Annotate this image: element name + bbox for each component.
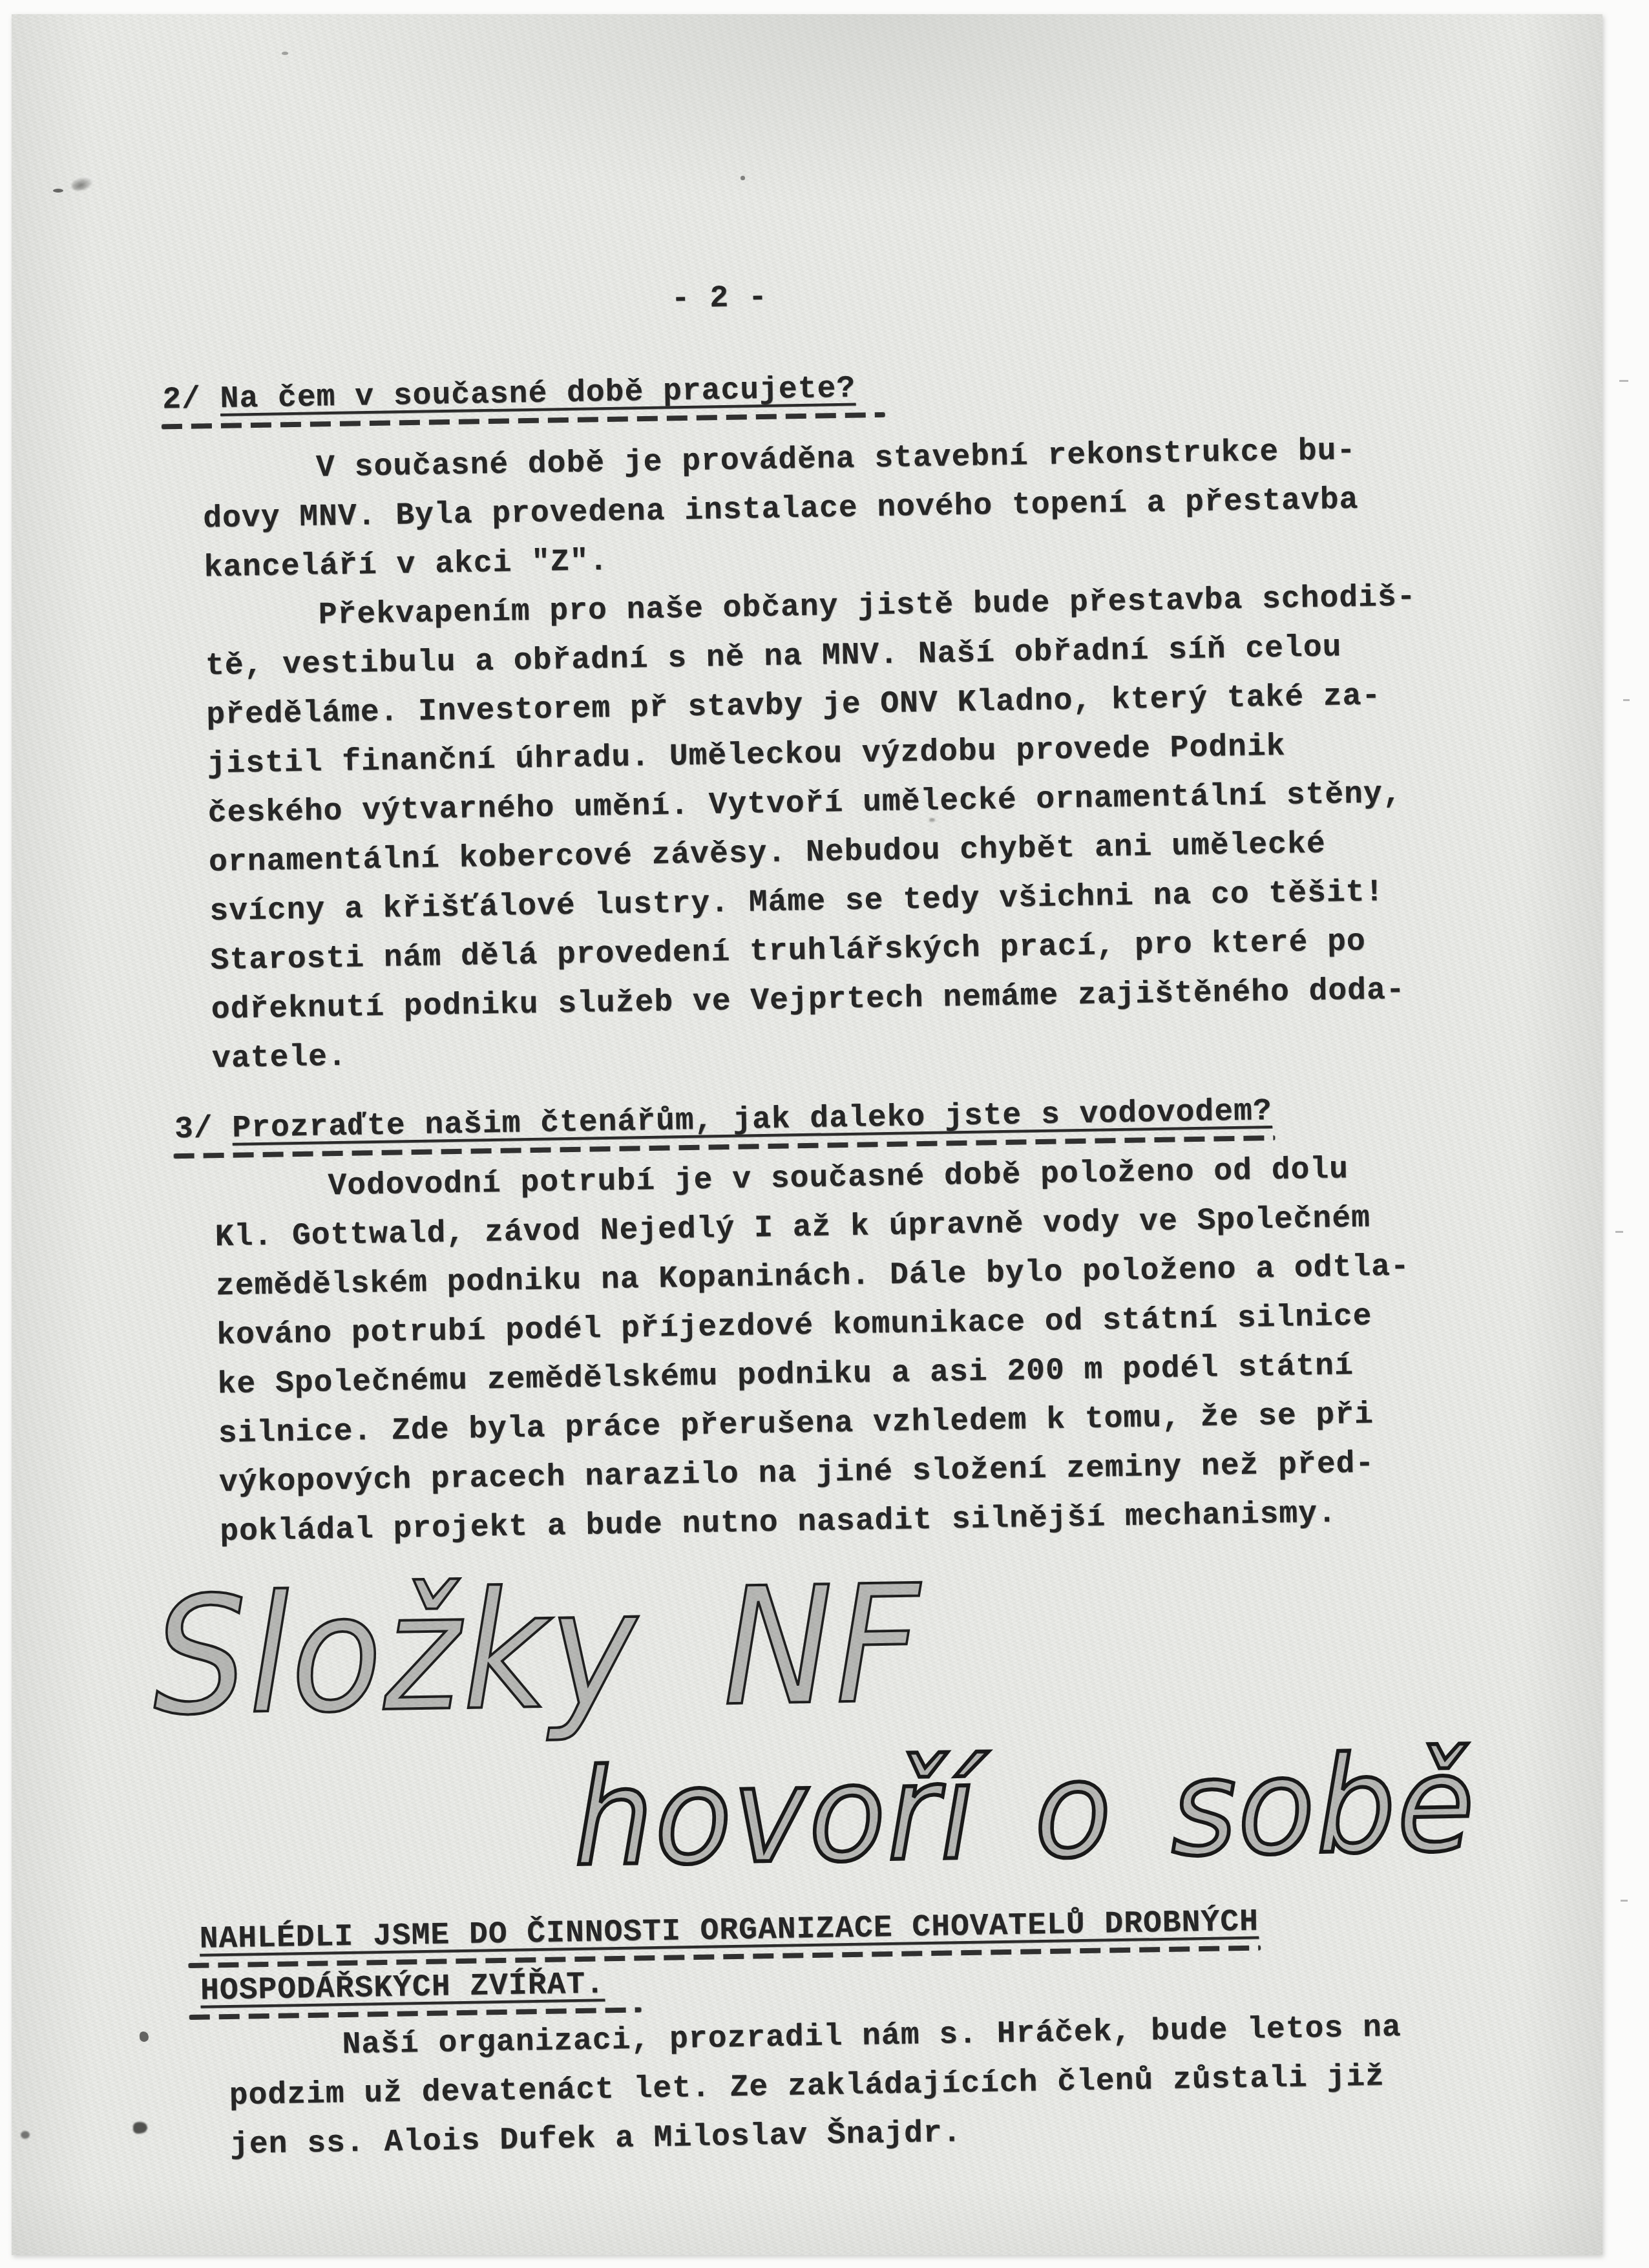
scanner-edge-mark xyxy=(1623,699,1630,701)
section-4-heading-text-2: HOSPODÁŘSKÝCH ZVÍŘAT. xyxy=(200,1967,605,2008)
paragraph: Naší organizaci, prozradil nám s. Hráček… xyxy=(228,2003,1403,2170)
paper-sheet: - 2 - 2/ Na čem v současné době pracujet… xyxy=(12,14,1602,2255)
nf-masthead-line-1: Složky NF xyxy=(151,1550,923,1751)
page-number: - 2 - xyxy=(671,273,768,324)
section-2-number: 2/ xyxy=(162,382,220,417)
paragraph: Překvapením pro naše občany jistě bude p… xyxy=(204,572,1423,1084)
paragraph: Vodovodní potrubí je v současné době pol… xyxy=(214,1144,1414,1557)
scanner-edge-mark xyxy=(1619,380,1628,382)
nf-masthead-line-2: hovoří o sobě xyxy=(572,1727,1477,1896)
section-3-number: 3/ xyxy=(174,1111,233,1147)
typed-content: - 2 - 2/ Na čem v současné době pracujet… xyxy=(0,1,1621,2268)
section-2-heading-text: Na čem v současné době pracujete? xyxy=(220,372,856,417)
scanned-typewritten-page: { "document": { "page_number": "- 2 -", … xyxy=(0,0,1649,2268)
scanner-edge-mark xyxy=(1621,1900,1628,1902)
section-4-heading-line-2: HOSPODÁŘSKÝCH ZVÍŘAT. xyxy=(200,1960,605,2015)
paragraph: V současné době je prováděna stavební re… xyxy=(202,426,1360,593)
scanner-edge-mark xyxy=(1615,1231,1623,1233)
